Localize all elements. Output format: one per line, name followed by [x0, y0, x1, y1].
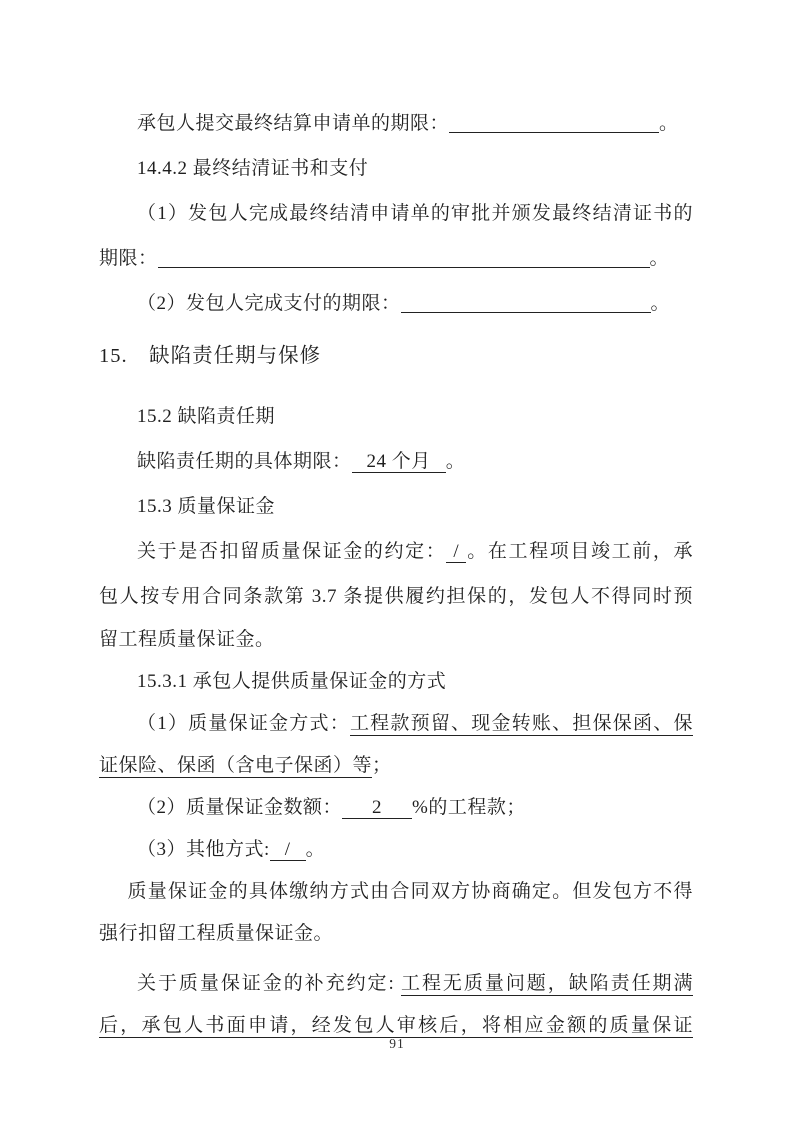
line-defect-liability-period-duration: 缺陷责任期的具体期限：24 个月。: [99, 439, 693, 484]
text-run: （1）质量保证金方式：: [137, 713, 350, 734]
text-run: 15.2 缺陷责任期: [137, 406, 275, 427]
line-guarantee-amount: （2）质量保证金数额：2%的工程款；: [99, 787, 693, 829]
line-contractor-final-settlement-deadline: 承包人提交最终结算申请单的期限：。: [99, 101, 693, 146]
heading-15-defect-liability-and-warranty: 15. 缺陷责任期与保修: [99, 334, 693, 379]
line-guarantee-method-2: 证保险、保函（含电子保函）等；: [99, 745, 693, 787]
text-run: ；: [372, 755, 392, 776]
filled-underline-field: 证保险、保函（含电子保函）等: [99, 755, 372, 778]
filled-underline-field: 24 个月: [352, 451, 446, 473]
text-run: 15. 缺陷责任期与保修: [99, 345, 321, 367]
line-guarantee-method-1: （1）质量保证金方式：工程款预留、现金转账、担保保函、保: [99, 703, 693, 745]
text-run: （1）发包人完成最终结清申请单的审批并颁发最终结清证书的: [137, 203, 693, 224]
line-employer-payment-deadline: （2）发包人完成支付的期限：。: [99, 281, 693, 326]
text-run: 期限：: [99, 248, 158, 269]
text-run: 15.3 质量保证金: [137, 496, 275, 517]
blank-underline-field: [158, 247, 650, 268]
text-run: 承包人提交最终结算申请单的期限：: [137, 113, 449, 134]
heading-15-3-quality-guarantee-money: 15.3 质量保证金: [99, 484, 693, 529]
filled-underline-field: 2: [342, 797, 412, 819]
line-quality-guarantee-retention-1: 关于是否扣留质量保证金的约定：/。在工程项目竣工前，承: [99, 529, 693, 574]
document-body: 承包人提交最终结算申请单的期限：。14.4.2 最终结清证书和支付（1）发包人完…: [99, 101, 693, 1047]
text-run: 14.4.2 最终结清证书和支付: [137, 158, 368, 179]
blank-underline-field: [401, 292, 651, 313]
text-run: 包人按专用合同条款第 3.7 条提供履约担保的，发包人不得同时预: [99, 586, 693, 607]
filled-underline-field: /: [446, 541, 466, 563]
text-run: 留工程质量保证金。: [99, 629, 275, 650]
heading-15-3-1-guarantee-provision-method: 15.3.1 承包人提供质量保证金的方式: [99, 661, 693, 703]
line-guarantee-other-method: （3）其他方式:/。: [99, 829, 693, 871]
document-page: 承包人提交最终结算申请单的期限：。14.4.2 最终结清证书和支付（1）发包人完…: [0, 0, 794, 1122]
text-run: 强行扣留工程质量保证金。: [99, 923, 333, 944]
line-employer-final-settlement-approval-1: （1）发包人完成最终结清申请单的审批并颁发最终结清证书的: [99, 191, 693, 236]
filled-underline-field: 工程款预留、现金转账、担保保函、保: [350, 713, 693, 736]
text-run: 。: [650, 248, 670, 269]
text-run: 。在工程项目竣工前，承: [466, 541, 693, 562]
filled-underline-field: 后，承包人书面申请，经发包人审核后，将相应金额的质量保证: [99, 1015, 693, 1038]
blank-underline-field: [449, 112, 659, 133]
line-employer-final-settlement-approval-2: 期限：。: [99, 236, 693, 281]
line-quality-guarantee-retention-3: 留工程质量保证金。: [99, 619, 693, 661]
text-run: 。: [306, 839, 326, 860]
line-supplementary-agreement-1: 关于质量保证金的补充约定: 工程无质量问题，缺陷责任期满: [99, 963, 693, 1005]
text-run: （3）其他方式:: [137, 839, 270, 860]
text-run: 。: [446, 451, 466, 472]
line-payment-method-note-1: 质量保证金的具体缴纳方式由合同双方协商确定。但发包方不得: [99, 871, 693, 913]
text-run: 关于质量保证金的补充约定:: [137, 973, 401, 994]
text-run: 关于是否扣留质量保证金的约定：: [137, 541, 446, 562]
page-number: 91: [0, 1036, 794, 1052]
text-run: 。: [659, 113, 679, 134]
text-run: 缺陷责任期的具体期限：: [137, 451, 352, 472]
line-quality-guarantee-retention-2: 包人按专用合同条款第 3.7 条提供履约担保的，发包人不得同时预: [99, 574, 693, 619]
text-run: 。: [651, 293, 671, 314]
text-run: （2）发包人完成支付的期限：: [137, 293, 401, 314]
text-run: %的工程款；: [412, 797, 526, 818]
heading-14-4-2-final-settlement-certificate: 14.4.2 最终结清证书和支付: [99, 146, 693, 191]
text-run: 质量保证金的具体缴纳方式由合同双方协商确定。但发包方不得: [128, 881, 694, 902]
heading-15-2-defect-liability-period: 15.2 缺陷责任期: [99, 394, 693, 439]
text-run: 15.3.1 承包人提供质量保证金的方式: [137, 671, 446, 692]
text-run: （2）质量保证金数额：: [137, 797, 342, 818]
filled-underline-field: 工程无质量问题，缺陷责任期满: [401, 973, 693, 996]
filled-underline-field: /: [270, 839, 306, 861]
line-payment-method-note-2: 强行扣留工程质量保证金。: [99, 913, 693, 955]
